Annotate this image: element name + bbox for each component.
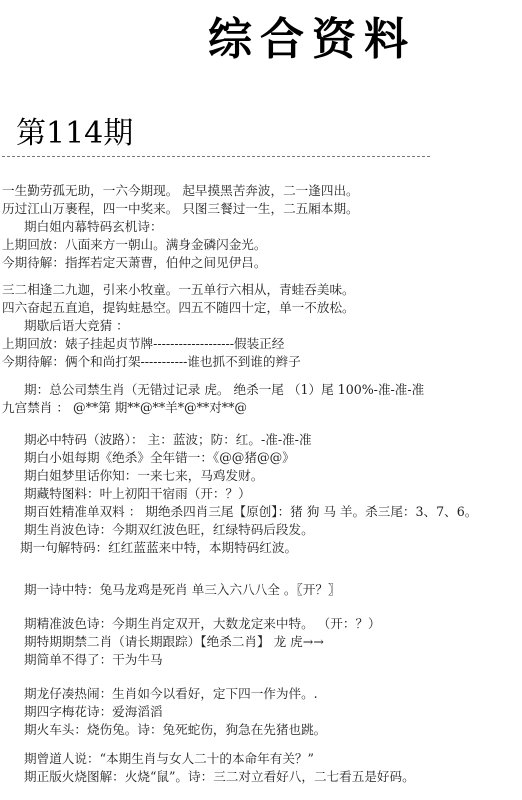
text-line: 期歇后语大竞猜 ： [24,318,129,334]
text-line: 期必中特码（波路）： 主：蓝波；防：红。-准-准-准 [24,432,312,448]
text-line: 期火车头：烧伤兔。诗：兔死蛇伤，狗急在先猪也跳。 [24,722,326,738]
text-line: 期白姐梦里话你知：一来七来，马鸡发财。 [24,468,263,484]
text-line: 期曾道人说：“本期生肖与女人二十的本命年有关？” [24,751,314,767]
text-line: 今期待解：指挥若定天萧曹，伯仲之间见伊吕。 [2,255,266,271]
text-line: 期一诗中特：兔马龙鸡是死肖 单三入六八八全 。〖开？〗 [24,582,341,598]
issue-number-heading: 第114期 [16,116,133,152]
text-line: 期精准波色诗：今期生肖定双开，大数龙定来中特。 （开：？） [24,616,381,632]
text-line: 一生勤劳孤无助，一六今期现。 起早摸黑苦奔波，二一逢四出。 [2,183,359,199]
divider-line [2,156,430,157]
text-line: 期四字梅花诗：爱海滔滔 [24,704,163,720]
text-line: 期特期期禁二肖（请长期跟踪）【绝杀二肖】 龙 虎→→ [24,634,324,650]
text-line: 期龙仔凑热闹：生肖如今以看好，定下四一作为伴。. [24,686,318,702]
text-line: 今期待解：俩个和尚打架-----------谁也抓不到谁的辫子 [2,354,301,370]
text-line: 期白小姐每期《绝杀》全年错一：《@@猪@@》 [24,450,295,466]
text-line: 历过江山万裹程，四一中奖来。 只图三餐过一生，二五厢本期。 [2,201,359,217]
text-line: 九宫禁肖 ： @**第 期**@**羊*@**对**@ [2,400,247,416]
text-line: 期白姐内幕特码玄机诗： [24,219,163,235]
text-line: 期正版火烧图解：火烧“鼠”。诗：三二对立看好八，二七看五是好码。 [24,769,415,785]
text-line: 三二相逢二九迦，引来小牧童。一五单行六相从，青蛙吞美味。 [2,282,355,298]
text-line: 期百姓精准单双料 ： 期绝杀四肖三尾【原创】：猪 狗 马 羊。杀三尾：3、7、6… [24,504,477,520]
text-line: 期生肖波色诗：今期双红波色旺，红绿特码后段发。 [24,522,314,538]
text-line: 上期回放：八面来方一朝山。满身金磷闪金光。 [2,237,266,253]
text-line: 期简单不得了：干为牛马 [24,652,163,668]
text-line: 上期回放：婊子挂起贞节牌-------------------假装正经 [2,336,284,352]
text-line: 期一句解特码：红红蓝蓝来中特，本期特码红波。 [20,540,297,556]
document-title: 综合资料 [208,14,416,66]
text-line: 四六奋起五直追，提钩蛀悬空。四五不随四十定，单一不放松。 [2,300,355,316]
text-line: 期藏特图料：叶上初阳干宿雨（开：？） [24,486,251,502]
text-line: 期：总公司禁生肖（无错过记录 虎。 绝杀一尾 （1）尾 100%-准-准-准 [24,382,424,398]
